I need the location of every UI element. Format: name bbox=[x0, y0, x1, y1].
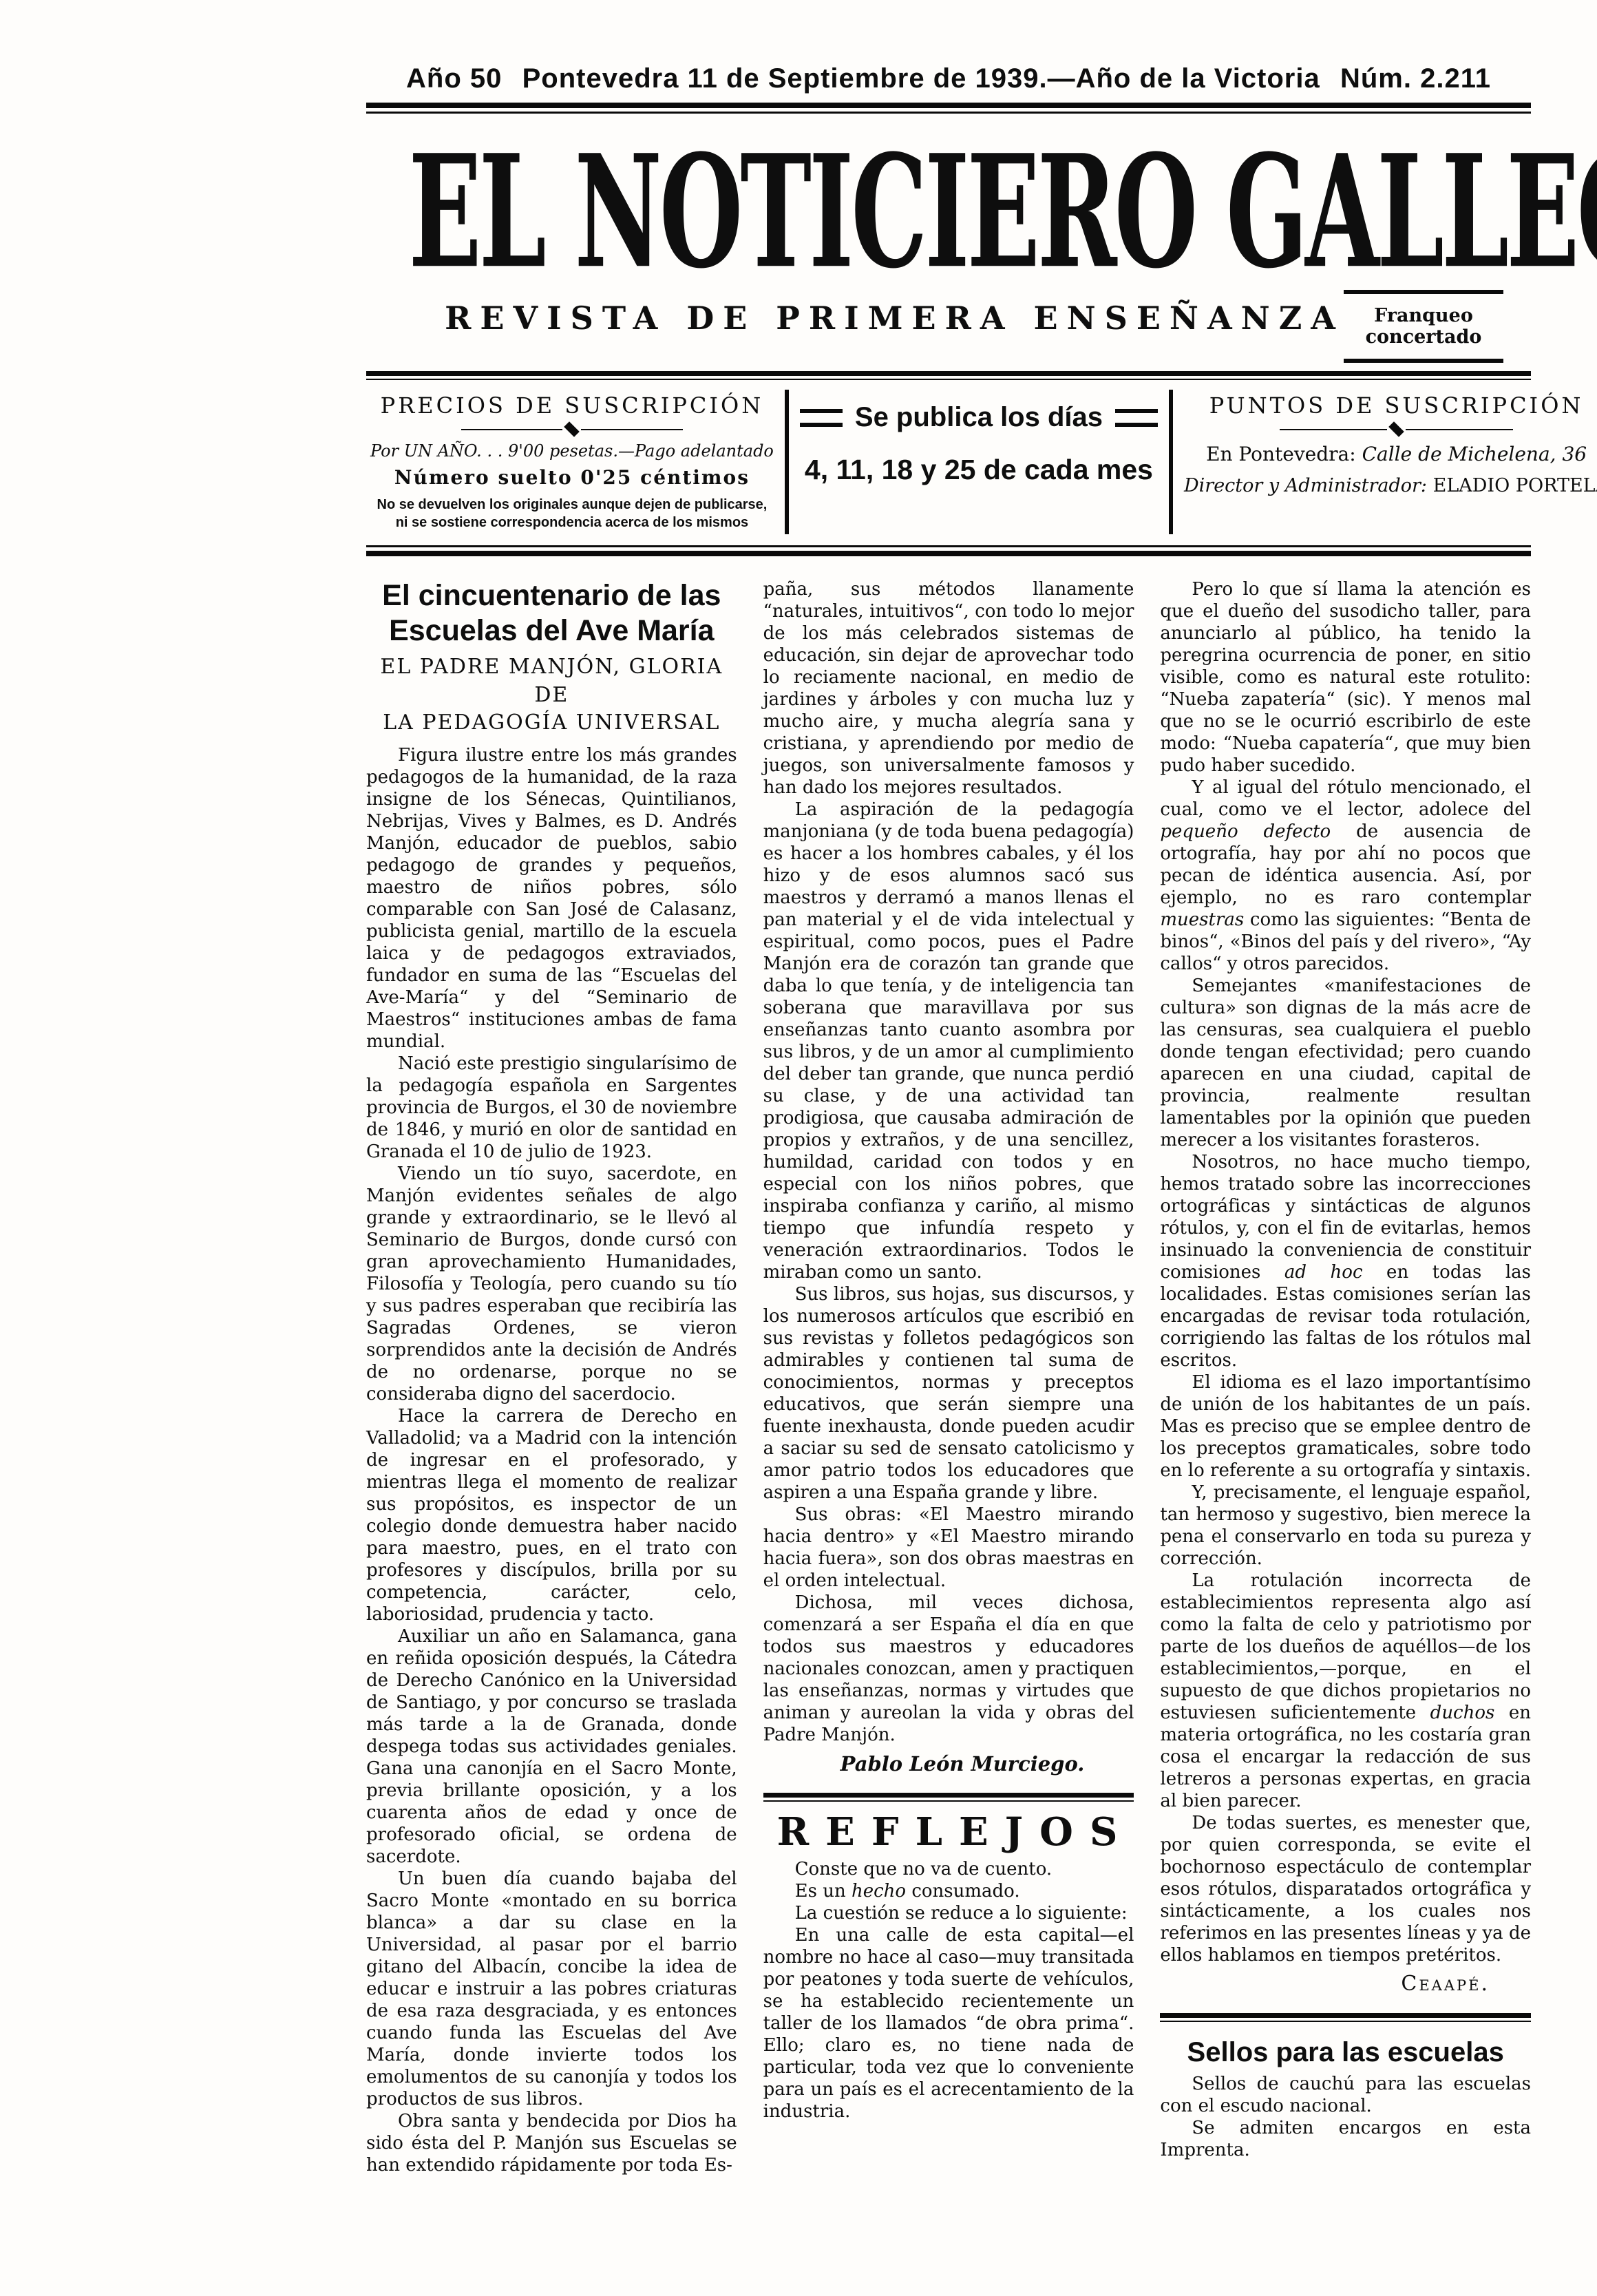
infobar-top-rule bbox=[366, 371, 1531, 380]
points-director-value: ELADIO PORTELA bbox=[1433, 475, 1597, 496]
points-address-value: Calle de Michelena, 36 bbox=[1362, 443, 1587, 465]
paragraph: paña, sus métodos llanamente “naturales,… bbox=[763, 578, 1134, 799]
points-title: PUNTOS DE SUSCRIPCIÓN bbox=[1184, 392, 1597, 419]
franking-box: Franqueo concertado bbox=[1344, 290, 1503, 363]
paragraph: Y, precisamente, el lenguaje español, ta… bbox=[1160, 1482, 1531, 1570]
vertical-separator bbox=[785, 390, 789, 534]
article-subtitle-line2: LA PEDAGOGÍA UNIVERSAL bbox=[366, 709, 737, 737]
info-bar: PRECIOS DE SUSCRIPCIÓN Por UN AÑO. . . 9… bbox=[366, 380, 1531, 545]
prices-note-line1: No se devuelven los originales aunque de… bbox=[370, 496, 774, 514]
newspaper-title: EL NOTICIERO GALLEGO bbox=[409, 120, 1597, 302]
ornament-divider bbox=[461, 425, 683, 433]
article-subtitle-line1: EL PADRE MANJÓN, GLORIA DE bbox=[366, 653, 737, 709]
infobar-bottom-rule bbox=[366, 545, 1531, 556]
paragraph: Auxiliar un año en Salamanca, gana en re… bbox=[366, 1625, 737, 1868]
paragraph: Un buen día cuando bajaba del Sacro Mont… bbox=[366, 1868, 737, 2110]
schedule-line1-row: Se publica los días bbox=[800, 402, 1158, 433]
ornament-line bbox=[461, 429, 563, 430]
nameplate: EL NOTICIERO GALLEGO bbox=[366, 120, 1531, 279]
masthead-dateline-row: Año 50 Pontevedra 11 de Septiembre de 19… bbox=[366, 63, 1531, 103]
schedule-line2: 4, 11, 18 y 25 de cada mes bbox=[800, 454, 1158, 486]
issue-number: Núm. 2.211 bbox=[1340, 63, 1491, 94]
section-divider bbox=[1160, 2013, 1531, 2022]
dateline: Pontevedra 11 de Septiembre de 1939.—Año… bbox=[522, 63, 1320, 94]
ornament-line bbox=[1406, 429, 1513, 430]
paragraph: Obra santa y bendecida por Dios ha sido … bbox=[366, 2110, 737, 2176]
ornament-line bbox=[1280, 429, 1387, 430]
paragraph: Hace la carrera de Derecho en Valladolid… bbox=[366, 1405, 737, 1625]
article-signature: Pablo León Murciego. bbox=[763, 1753, 1134, 1775]
points-address: En Pontevedra: Calle de Michelena, 36 bbox=[1184, 443, 1597, 465]
newspaper-page: Año 50 Pontevedra 11 de Septiembre de 19… bbox=[0, 0, 1597, 2296]
paragraph: La rotulación incorrecta de establecimie… bbox=[1160, 1570, 1531, 1812]
paragraph: Semejantes «manifestaciones de cultura» … bbox=[1160, 975, 1531, 1151]
column-1: El cincuentenario de las Escuelas del Av… bbox=[366, 578, 737, 2176]
prices-box: PRECIOS DE SUSCRIPCIÓN Por UN AÑO. . . 9… bbox=[366, 390, 778, 534]
schedule-box: Se publica los días 4, 11, 18 y 25 de ca… bbox=[796, 390, 1162, 534]
paragraph: Es un hecho consumado. bbox=[763, 1880, 1134, 1902]
subtitle-row: REVISTA DE PRIMERA ENSEÑANZA Franqueo co… bbox=[366, 290, 1531, 371]
newspaper-subtitle: REVISTA DE PRIMERA ENSEÑANZA bbox=[445, 299, 1344, 337]
column-2: paña, sus métodos llanamente “naturales,… bbox=[763, 578, 1134, 2176]
paragraph: En una calle de esta capital—el nombre n… bbox=[763, 1924, 1134, 2123]
body-columns: El cincuentenario de las Escuelas del Av… bbox=[366, 578, 1531, 2176]
double-bar-icon bbox=[1115, 409, 1158, 427]
page-content: Año 50 Pontevedra 11 de Septiembre de 19… bbox=[366, 63, 1531, 2176]
masthead-top-rule bbox=[366, 103, 1531, 114]
sellos-title: Sellos para las escuelas bbox=[1160, 2041, 1531, 2063]
paragraph: Dichosa, mil veces dichosa, comenzará a … bbox=[763, 1592, 1134, 1746]
paragraph: La aspiración de la pedagogía manjoniana… bbox=[763, 799, 1134, 1283]
article-title-line1: El cincuentenario de las bbox=[366, 578, 737, 613]
paragraph: Sus libros, sus hojas, sus discursos, y … bbox=[763, 1283, 1134, 1504]
article-title-line2: Escuelas del Ave María bbox=[366, 613, 737, 649]
column-3: Pero lo que sí llama la atención es que … bbox=[1160, 578, 1531, 2176]
paragraph: Conste que no va de cuento. bbox=[763, 1858, 1134, 1880]
price-annual: Por UN AÑO. . . 9'00 pesetas.—Pago adela… bbox=[370, 441, 774, 461]
double-bar-icon bbox=[800, 409, 843, 427]
diamond-icon bbox=[1388, 421, 1404, 437]
paragraph: Sellos de cauchú para las escuelas con e… bbox=[1160, 2073, 1531, 2117]
points-box: PUNTOS DE SUSCRIPCIÓN En Pontevedra: Cal… bbox=[1180, 390, 1597, 534]
prices-note-line2: ni se sostiene correspondencia acerca de… bbox=[370, 514, 774, 531]
points-director-label: Director y Administrador: bbox=[1184, 475, 1427, 496]
paragraph: Figura ilustre entre los más grandes ped… bbox=[366, 744, 737, 1053]
article-title: El cincuentenario de las Escuelas del Av… bbox=[366, 578, 737, 648]
ornament-line bbox=[581, 429, 683, 430]
paragraph: De todas suertes, es menester que, por q… bbox=[1160, 1812, 1531, 1966]
paragraph: Se admiten encargos en esta Imprenta. bbox=[1160, 2117, 1531, 2161]
paragraph: El idioma es el lazo importantísimo de u… bbox=[1160, 1371, 1531, 1482]
paragraph: Sus obras: «El Maestro mirando hacia den… bbox=[763, 1504, 1134, 1592]
vertical-separator bbox=[1169, 390, 1173, 534]
section-divider bbox=[763, 1793, 1134, 1802]
paragraph: Viendo un tío suyo, sacerdote, en Manjón… bbox=[366, 1163, 737, 1405]
prices-note: No se devuelven los originales aunque de… bbox=[370, 496, 774, 531]
points-director: Director y Administrador: ELADIO PORTELA bbox=[1184, 475, 1597, 496]
paragraph: La cuestión se reduce a lo siguiente: bbox=[763, 1902, 1134, 1924]
paragraph: Nosotros, no hace mucho tiempo, hemos tr… bbox=[1160, 1151, 1531, 1371]
prices-title: PRECIOS DE SUSCRIPCIÓN bbox=[370, 392, 774, 419]
price-single: Número suelto 0'25 céntimos bbox=[370, 466, 774, 489]
paragraph: Pero lo que sí llama la atención es que … bbox=[1160, 578, 1531, 777]
schedule-line1: Se publica los días bbox=[855, 402, 1103, 433]
diamond-icon bbox=[564, 421, 580, 437]
article-subtitle: EL PADRE MANJÓN, GLORIA DE LA PEDAGOGÍA … bbox=[366, 653, 737, 737]
volume-label: Año 50 bbox=[406, 63, 502, 94]
ornament-divider bbox=[1280, 425, 1513, 433]
paragraph: Y al igual del rótulo mencionado, el cua… bbox=[1160, 777, 1531, 975]
paragraph: Nació este prestigio singularísimo de la… bbox=[366, 1053, 737, 1163]
points-address-label: En Pontevedra: bbox=[1206, 443, 1356, 465]
reflejos-title: REFLEJOS bbox=[763, 1821, 1134, 1843]
reflejos-signature: Ceaapé. bbox=[1160, 1973, 1531, 1995]
